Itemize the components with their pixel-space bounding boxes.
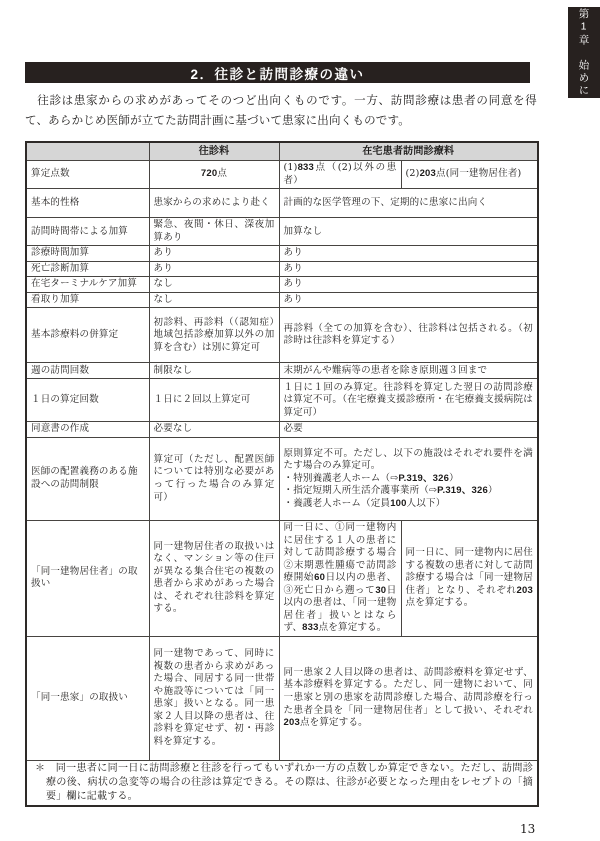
row-label: 医師の配置義務のある施設への訪問制限 (26, 437, 149, 520)
table-row: 同意書の作成 必要なし 必要 (26, 422, 538, 438)
oushin-cell: 初診料、再診料（（認知症）地域包括診療加算以外の加算を含む）は別に算定可 (149, 308, 279, 363)
table-row: 医師の配置義務のある施設への訪問制限 算定可（ただし、配置医師については特別な必… (26, 437, 538, 520)
table-row: 看取り加算 なし あり (26, 292, 538, 308)
row-label: １日の算定回数 (26, 379, 149, 422)
row-label: 死亡診断加算 (26, 261, 149, 277)
table-row: 診療時間加算 あり あり (26, 246, 538, 262)
houmon-cell: １日に１回のみ算定。往診料を算定した翌日の訪問診療は算定不可。（在宅療養支援診療… (279, 379, 538, 422)
comparison-table: 往診料 在宅患者訪問診療料 算定点数 720点 (1)833点（(2)以外の患者… (25, 141, 539, 807)
header-empty-cell (26, 142, 149, 161)
row-label: 看取り加算 (26, 292, 149, 308)
oushin-cell: 制限なし (149, 363, 279, 379)
houmon-cell: 再診料（全ての加算を含む）、往診料は包括される。（初診時は往診料を算定する） (279, 308, 538, 363)
page-number: 13 (520, 822, 535, 836)
oushin-cell: 同一建物居住者の取扱いはなく、マンション等の住戸が異なる集合住宅の複数の患者から… (149, 520, 279, 636)
houmon-cell-b: (2)203点(同一建物居住者) (401, 161, 538, 189)
header-oushin: 往診料 (149, 142, 279, 161)
row-label: 同意書の作成 (26, 422, 149, 438)
row-label: 基本的性格 (26, 189, 149, 218)
row-label: 「同一建物居住者」の取扱い (26, 520, 149, 636)
houmon-cell-a: (1)833点（(2)以外の患者） (279, 161, 401, 189)
table-row: 訪問時間帯による加算 緊急、夜間・休日、深夜加算あり 加算なし (26, 218, 538, 246)
oushin-cell: 720点 (149, 161, 279, 189)
houmon-cell: 原則算定不可。ただし、以下の施設はそれぞれ要件を満たす場合のみ算定可。 ・特別養… (279, 437, 538, 520)
oushin-cell: なし (149, 292, 279, 308)
oushin-cell: 患家からの求めにより赴く (149, 189, 279, 218)
section-title: 2．往診と訪問診療の違い (190, 63, 364, 83)
header-houmon: 在宅患者訪問診療料 (279, 142, 538, 161)
oushin-cell: 算定可（ただし、配置医師については特別な必要があって行った場合のみ算定可） (149, 437, 279, 520)
oushin-cell: 緊急、夜間・休日、深夜加算あり (149, 218, 279, 246)
table-row: 基本診療料の併算定 初診料、再診料（（認知症）地域包括診療加算以外の加算を含む）… (26, 308, 538, 363)
houmon-cell: 同一患家２人目以降の患者は、訪問診療料を算定せず、基本診療料を算定する。ただし、… (279, 636, 538, 760)
table-row: １日の算定回数 １日に２回以上算定可 １日に１回のみ算定。往診料を算定した翌日の… (26, 379, 538, 422)
houmon-cell: 加算なし (279, 218, 538, 246)
table-row: 死亡診断加算 あり あり (26, 261, 538, 277)
section-title-bar: 2．往診と訪問診療の違い (25, 62, 530, 83)
houmon-cell: 必要 (279, 422, 538, 438)
houmon-cell-a: 同一日に、①同一建物内に居住する１人の患者に対して訪問診療する場合②末期悪性腫瘍… (279, 520, 401, 636)
table-row: 「同一患家」の取扱い 同一建物であって、同時に複数の患者から求めがあった場合、同… (26, 636, 538, 760)
table-row: 週の訪問回数 制限なし 末期がんや難病等の患者を除き原則週３回まで (26, 363, 538, 379)
oushin-cell: 同一建物であって、同時に複数の患者から求めがあった場合、同居する同一世帯や施設等… (149, 636, 279, 760)
row-label: 診療時間加算 (26, 246, 149, 262)
houmon-cell: あり (279, 261, 538, 277)
houmon-cell: あり (279, 246, 538, 262)
houmon-cell: 末期がんや難病等の患者を除き原則週３回まで (279, 363, 538, 379)
chapter-tab: 第1章 始めに (568, 7, 600, 98)
houmon-cell: あり (279, 277, 538, 293)
footnote-text: ＊ 同一患者に同一日に訪問診療と往診を行ってもいずれか一方の点数しか算定できない… (31, 762, 533, 804)
table-row: 「同一建物居住者」の取扱い 同一建物居住者の取扱いはなく、マンション等の住戸が異… (26, 520, 538, 636)
footnote-row: ＊ 同一患者に同一日に訪問診療と往診を行ってもいずれか一方の点数しか算定できない… (26, 760, 538, 806)
book-page: 第1章 始めに 2．往診と訪問診療の違い 往診は患家からの求めがあってそのつど出… (0, 0, 600, 841)
row-label: 週の訪問回数 (26, 363, 149, 379)
houmon-cell: 計画的な医学管理の下、定期的に患家に出向く (279, 189, 538, 218)
oushin-cell: なし (149, 277, 279, 293)
oushin-cell: １日に２回以上算定可 (149, 379, 279, 422)
oushin-cell: 必要なし (149, 422, 279, 438)
row-label: 在宅ターミナルケア加算 (26, 277, 149, 293)
table-row: 基本的性格 患家からの求めにより赴く 計画的な医学管理の下、定期的に患家に出向く (26, 189, 538, 218)
row-label: 訪問時間帯による加算 (26, 218, 149, 246)
oushin-cell: あり (149, 261, 279, 277)
oushin-cell: あり (149, 246, 279, 262)
table-header-row: 往診料 在宅患者訪問診療料 (26, 142, 538, 161)
intro-paragraph: 往診は患家からの求めがあってそのつど出向くものです。一方、訪問診療は患者の同意を… (25, 91, 537, 130)
chapter-tab-label: 第1章 始めに (577, 8, 592, 97)
row-label: 「同一患家」の取扱い (26, 636, 149, 760)
table-row: 在宅ターミナルケア加算 なし あり (26, 277, 538, 293)
row-label: 算定点数 (26, 161, 149, 189)
houmon-cell-b: 同一日に、同一建物内に居住する複数の患者に対して訪問診療する場合は「同一建物居住… (401, 520, 538, 636)
table-row: 算定点数 720点 (1)833点（(2)以外の患者） (2)203点(同一建物… (26, 161, 538, 189)
row-label: 基本診療料の併算定 (26, 308, 149, 363)
houmon-cell: あり (279, 292, 538, 308)
footnote-cell: ＊ 同一患者に同一日に訪問診療と往診を行ってもいずれか一方の点数しか算定できない… (26, 760, 538, 806)
